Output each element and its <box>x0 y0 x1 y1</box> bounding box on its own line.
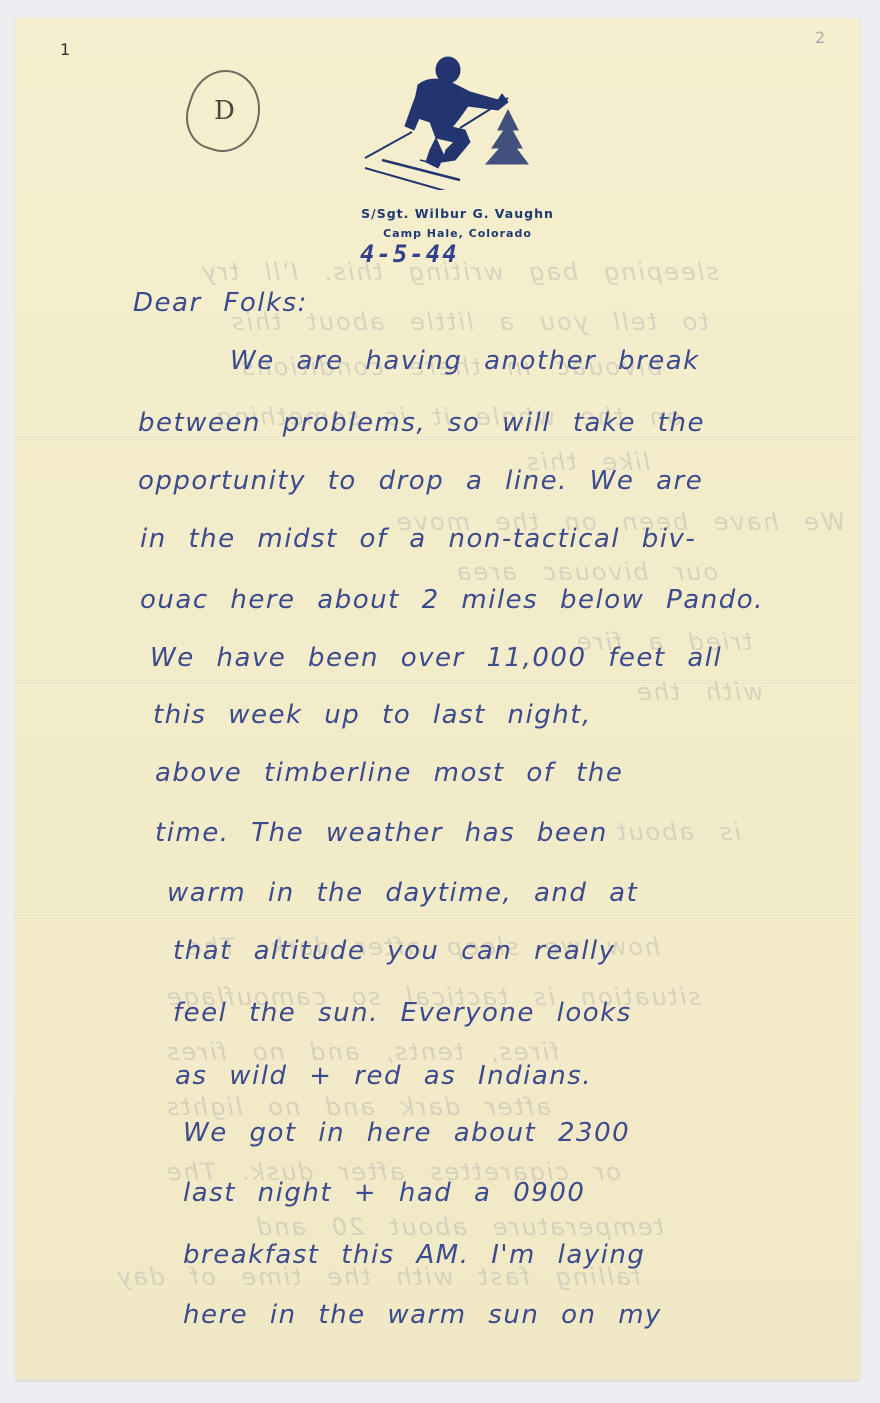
bleed-through-line: temperature about 20 and <box>255 1213 664 1241</box>
letter-line: as wild + red as Indians. <box>175 1061 592 1091</box>
letter-line: time. The weather has been <box>155 818 608 848</box>
letter-line: between problems, so will take the <box>138 408 705 438</box>
letterhead-name: S/Sgt. Wilbur G. Vaughn <box>15 206 860 221</box>
letter-line: We have been over 11,000 feet all <box>150 643 722 673</box>
letter-line: above timberline most of the <box>155 758 623 788</box>
letter-line: We are having another break <box>230 346 700 376</box>
letter-line: in the midst of a non-tactical biv- <box>140 524 696 554</box>
letter-line: opportunity to drop a line. We are <box>138 466 703 496</box>
letter-line: this week up to last night, <box>153 700 592 730</box>
bleed-through-line: our bivouac area <box>455 558 718 586</box>
bleed-through-line: is about <box>615 818 741 846</box>
letter-line: last night + had a 0900 <box>183 1178 585 1208</box>
archive-mark-letter: D <box>214 96 235 126</box>
letter-line: warm in the daytime, and at <box>167 878 638 908</box>
bleed-through-line: after dark and no lights <box>165 1093 551 1121</box>
skier-icon <box>360 50 540 190</box>
letterhead-location: Camp Hale, Colorado <box>15 227 860 240</box>
letter-line: feel the sun. Everyone looks <box>173 998 632 1028</box>
letter-line: We got in here about 2300 <box>183 1118 630 1148</box>
page-number: 1 <box>60 40 70 59</box>
letter-page: sleeping bag writing this. I'll try to t… <box>15 18 860 1380</box>
letter-date: 4-5-44 <box>360 240 459 268</box>
bleed-through-line: sleeping bag writing this. I'll try <box>200 258 719 286</box>
letter-line: ouac here about 2 miles below Pando. <box>140 585 764 615</box>
corner-mark: 2 <box>815 28 825 47</box>
fold-line <box>15 912 860 915</box>
bleed-through-line: with the <box>635 678 763 706</box>
salutation: Dear Folks: <box>133 288 308 318</box>
letter-line: that altitude you can really <box>173 936 616 966</box>
letter-line: here in the warm sun on my <box>183 1300 662 1330</box>
letter-line: breakfast this AM. I'm laying <box>183 1240 645 1270</box>
archive-circle-mark: D <box>177 61 271 161</box>
